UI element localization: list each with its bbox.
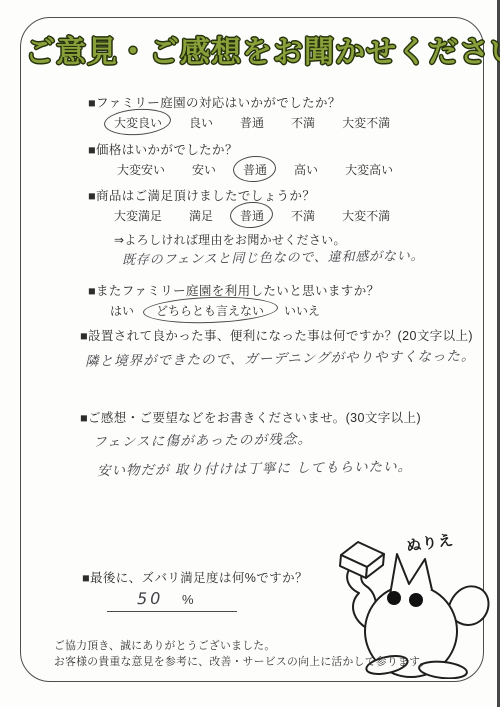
option: 大変不満 <box>342 207 390 224</box>
question-comments-label: ■ご感想・ご要望などをお書きくださいませ。(30文字以上) <box>80 408 421 426</box>
option: 安い <box>192 161 216 178</box>
option: 不満 <box>291 114 315 131</box>
option: はい <box>110 302 134 319</box>
percent-sign: % <box>182 592 194 607</box>
option-selected-circle: 普通 <box>240 207 264 224</box>
option-selected-circle: 普通 <box>243 161 267 178</box>
option: 大変安い <box>117 161 165 178</box>
footer-notice: お客様の貴重な意見を参考に、改善・サービスの向上に活かして参ります。 <box>54 654 430 669</box>
option: 高い <box>294 161 318 178</box>
mascot-eye <box>409 593 423 607</box>
question-response-options: 大変良い 良い 普通 不満 大変不満 <box>114 114 390 131</box>
form-title: ご意見・ご感想をお聞かせください <box>25 27 475 71</box>
question-product-label: ■商品はご満足頂けましたでしょうか？ <box>88 186 315 204</box>
mascot-eye <box>387 591 401 605</box>
question-product-followup: ⇒よろしければ理由をお聞かせください。 <box>114 231 346 248</box>
option: 大変満足 <box>114 207 162 224</box>
footer-thanks: ご協力頂き、誠にありがとうございました。 <box>54 638 276 653</box>
question-price-options: 大変安い 安い 普通 高い 大変高い <box>117 161 393 178</box>
satisfaction-answer-line <box>107 590 237 612</box>
question-response-label: ■ファミリー庭園の対応はいかがでしたか？ <box>88 93 341 111</box>
question-benefit-label: ■設置されて良かった事、便利になった事は何ですか？(20文字以上) <box>80 326 473 344</box>
option: 良い <box>189 114 213 131</box>
option: 大変高い <box>345 161 393 178</box>
option-selected-circle: どちらとも言えない <box>156 302 264 319</box>
option: いいえ <box>284 302 320 319</box>
option-selected-circle: 大変良い <box>114 114 162 131</box>
question-price-label: ■価格はいかがでしたか？ <box>88 140 238 158</box>
option: 満足 <box>189 207 213 224</box>
handwritten-satisfaction-value: 50 <box>137 589 164 608</box>
handwritten-comment-line1: フェンスに傷があったのが残念。 <box>93 427 313 450</box>
question-reuse-options: はい どちらとも言えない いいえ <box>110 302 320 319</box>
question-product-options: 大変満足 満足 普通 不満 大変不満 <box>114 207 390 224</box>
mascot-hair <box>390 554 432 595</box>
option: 不満 <box>291 207 315 224</box>
question-satisfaction-label: ■最後に、ズバリ満足度は何%ですか？ <box>82 568 308 586</box>
option: 大変不満 <box>342 114 390 131</box>
option: 普通 <box>240 114 264 131</box>
